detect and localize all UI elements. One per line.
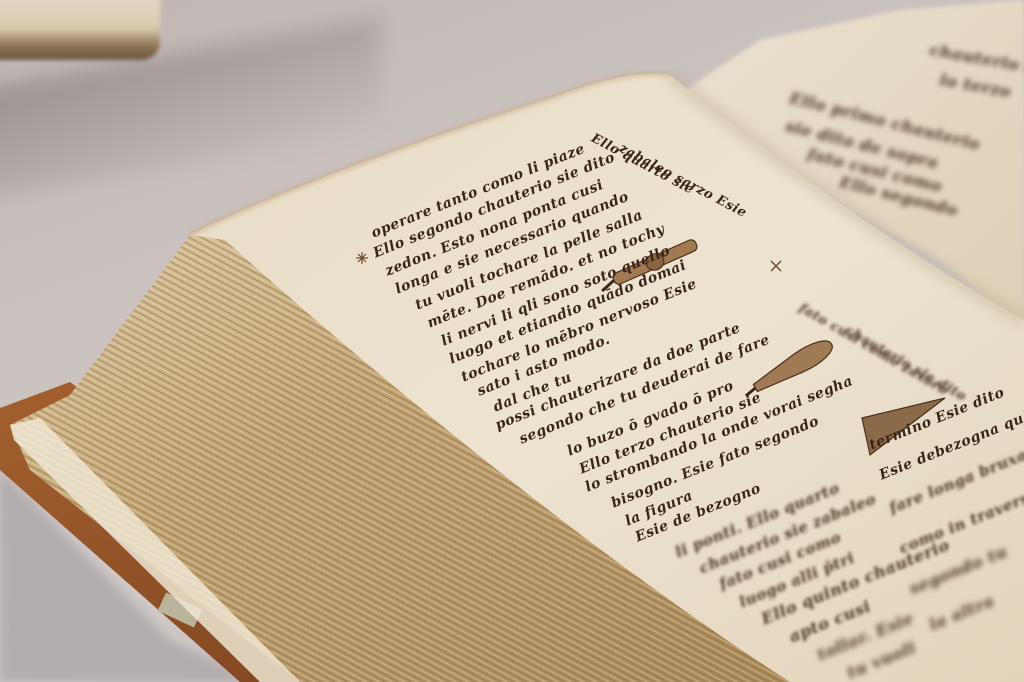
open-manuscript-book xyxy=(0,0,1024,682)
photo-scene: operare tanto como li piaze Ello segondo… xyxy=(0,0,1024,682)
